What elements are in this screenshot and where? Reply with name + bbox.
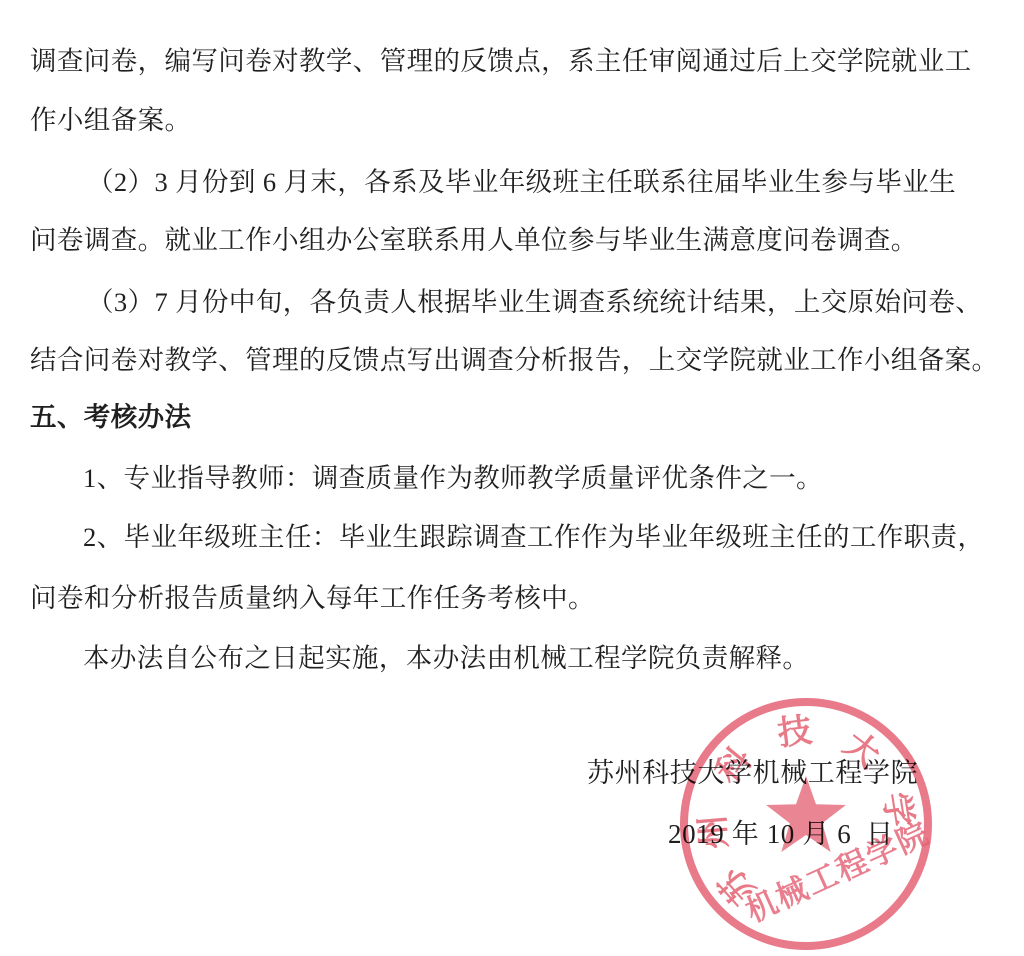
paragraph-line: 本办法自公布之日起实施，本办法由机械工程学院负责解释。 [83,645,809,672]
stamp-arc-char: 苏 [711,860,763,911]
paragraph-line: 问卷调查。就业工作小组办公室联系用人单位参与毕业生满意度问卷调查。 [30,227,918,254]
section-heading: 五、考核办法 [30,404,191,431]
stamp-arc-char: 技 [776,711,814,753]
paragraph-line: 问卷和分析报告质量纳入每年工作任务考核中。 [30,585,595,612]
document-page: 调查问卷，编写问卷对教学、管理的反馈点，系主任审阅通过后上交学院就业工 作小组备… [0,0,1024,956]
paragraph-line: 结合问卷对教学、管理的反馈点写出调查分析报告，上交学院就业工作小组备案。 [30,347,998,374]
paragraph-line: 1、专业指导教师：调查质量作为教师教学质量评优条件之一。 [83,465,823,492]
paragraph-line: 2、毕业年级班主任：毕业生跟踪调查工作作为毕业年级班主任的工作职责， [83,524,984,551]
date-line: 2019 年 10 月 6 日 [668,821,894,848]
paragraph-line: 调查问卷，编写问卷对教学、管理的反馈点，系主任审阅通过后上交学院就业工 [30,48,972,75]
paragraph-line: （3）7 月份中旬，各负责人根据毕业生调查系统统计结果，上交原始问卷、 [87,289,982,316]
paragraph-line: 作小组备案。 [30,107,191,134]
stamp-arc-text: 苏州科技大学 [694,711,918,911]
paragraph-line: （2）3 月份到 6 月末，各系及毕业年级班主任联系往届毕业生参与毕业生 [87,169,956,196]
signature-line: 苏州科技大学机械工程学院 [587,760,918,787]
